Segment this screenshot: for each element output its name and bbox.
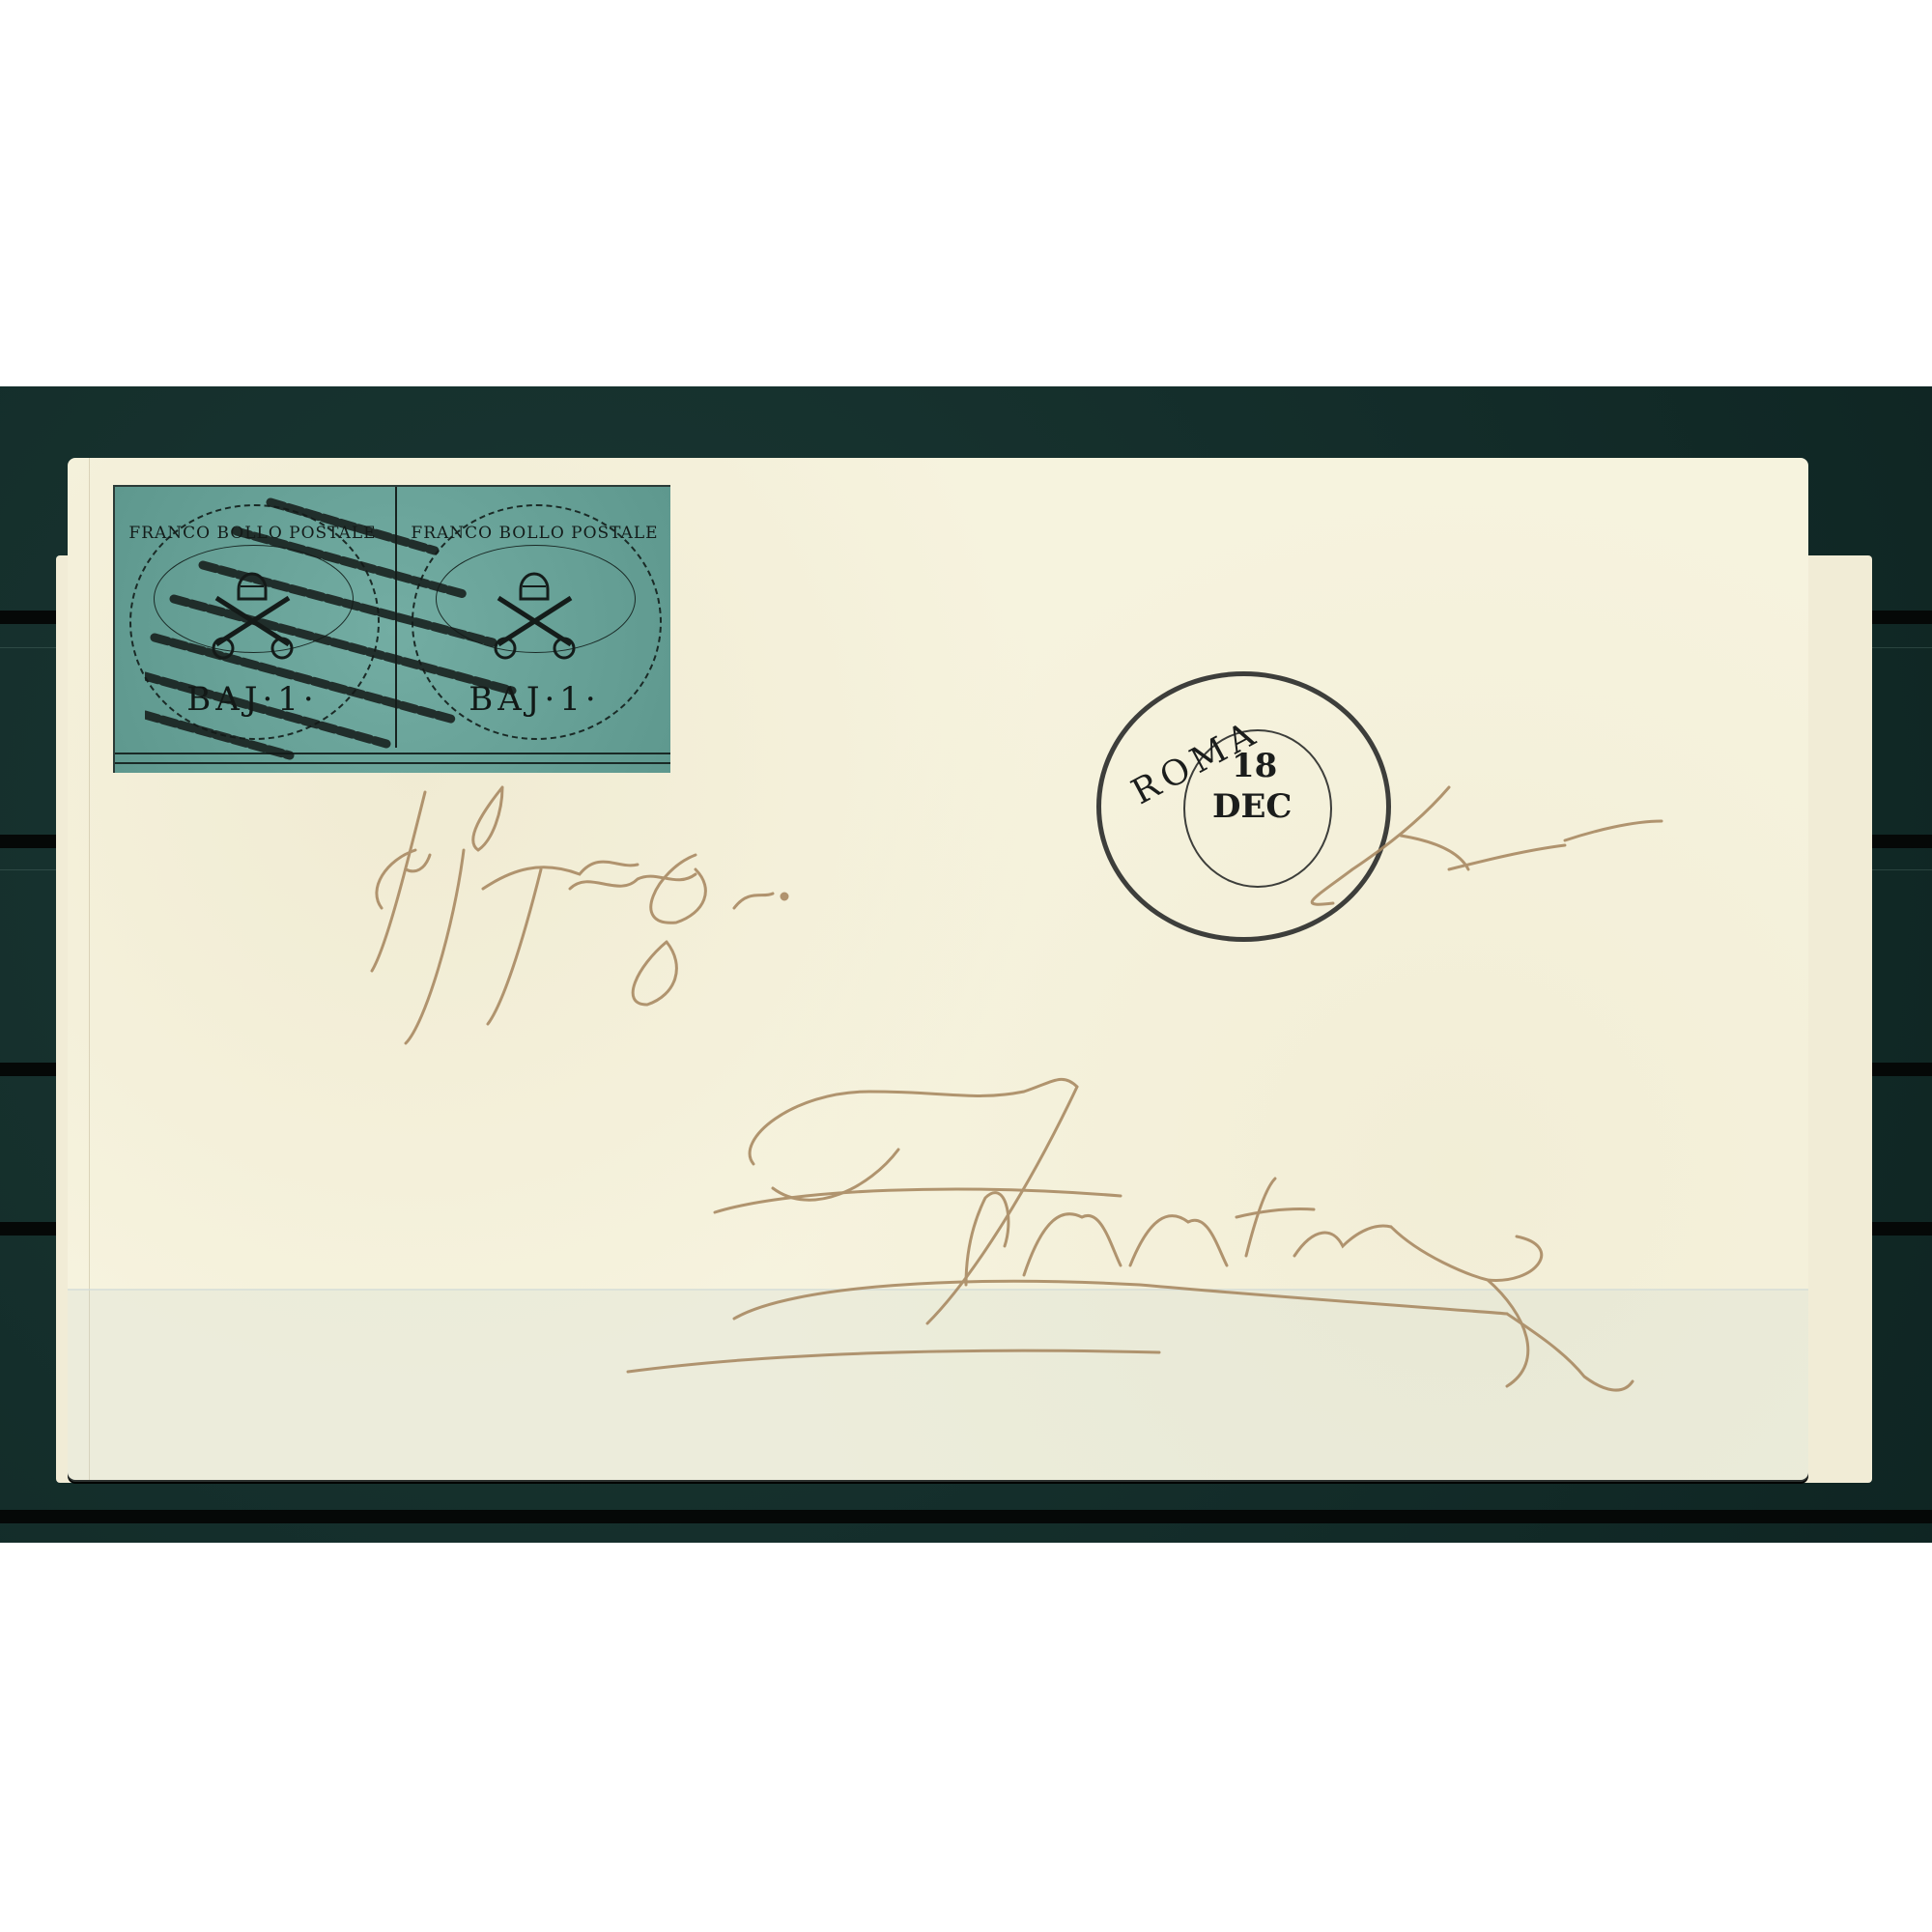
stamp-sheet-rule bbox=[115, 762, 670, 764]
address-line-1: Sig. Francesco Cav. Bella bbox=[0, 0, 199, 4]
postmark-month: DEC bbox=[1212, 787, 1292, 826]
stockbook-sleeve bbox=[68, 1289, 1808, 1482]
papal-keys-tiara-icon bbox=[494, 569, 576, 661]
stamp-pair: FRANCO BOLLO POSTALE BAJ·1· FRANCO BOLLO… bbox=[113, 485, 670, 773]
stamp-right: FRANCO BOLLO POSTALE BAJ·1· bbox=[395, 487, 672, 748]
stockbook-strip bbox=[0, 1510, 1932, 1523]
stamp-sheet-rule bbox=[115, 753, 670, 754]
stamp-left: FRANCO BOLLO POSTALE BAJ·1· bbox=[115, 487, 390, 748]
stamp-value: BAJ·1· bbox=[397, 680, 672, 719]
rome-postmark: ROMA 18 DEC bbox=[1096, 671, 1396, 937]
stamp-legend: FRANCO BOLLO POSTALE bbox=[115, 524, 390, 543]
papal-keys-tiara-icon bbox=[212, 569, 294, 661]
stamp-value: BAJ·1· bbox=[115, 680, 390, 719]
postmark-day: 18 bbox=[1232, 747, 1277, 785]
address-line-2: Tolentino bbox=[0, 0, 72, 4]
stamp-legend: FRANCO BOLLO POSTALE bbox=[397, 524, 672, 543]
